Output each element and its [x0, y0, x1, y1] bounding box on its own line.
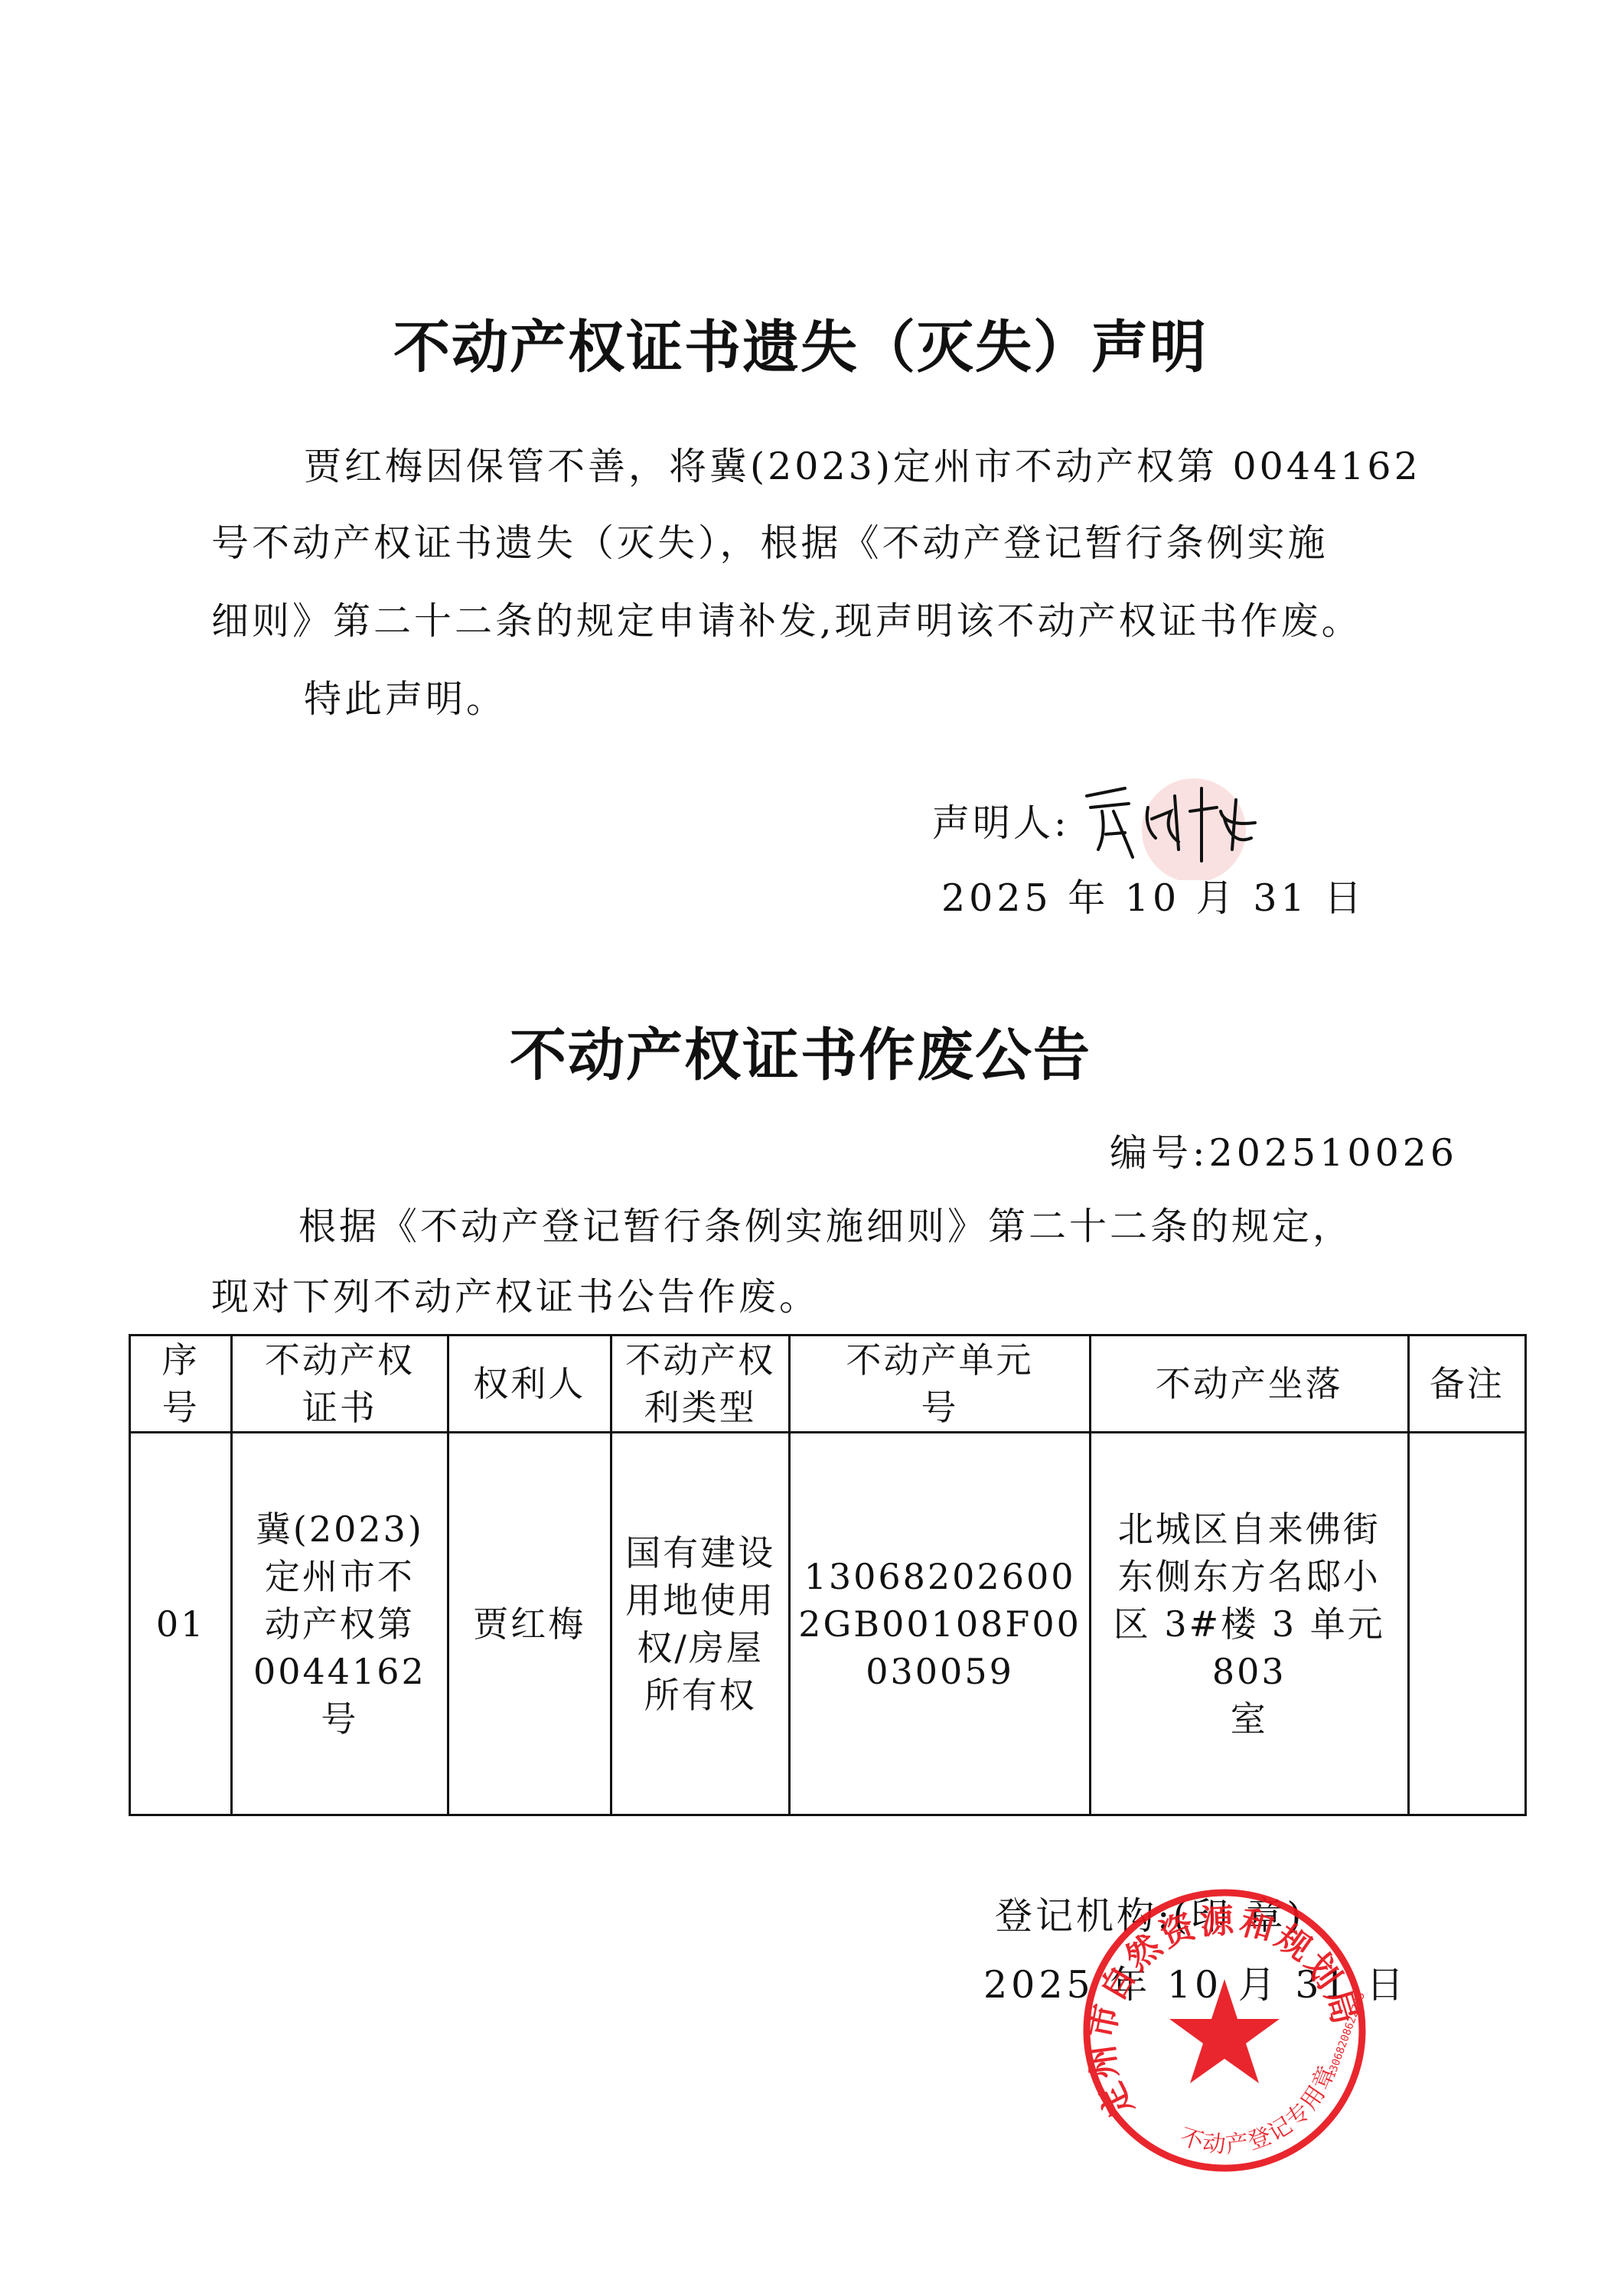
cell-remarks	[1408, 1433, 1525, 1815]
cell-index: 01	[130, 1433, 232, 1815]
header-right-type: 不动产权 利类型	[611, 1336, 789, 1433]
cell-right-type: 国有建设 用地使用 权/房屋 所有权	[611, 1433, 789, 1815]
declaration-date: 2025 年 10 月 31 日	[941, 869, 1365, 922]
declaration-title: 不动产权证书遗失（灭失）声明	[0, 302, 1601, 383]
table-header-row: 序 号 不动产权 证书 权利人 不动产权 利类型 不动产单元 号 不动产坐落 备…	[130, 1336, 1526, 1433]
notice-number: 编号:202510026	[1110, 1124, 1458, 1177]
official-seal-icon: 定州市自然资源和规划局 不动产登记专用章 13068208622765	[1081, 1887, 1368, 2174]
header-unit-number: 不动产单元 号	[790, 1336, 1091, 1433]
star-icon	[1169, 1979, 1280, 2083]
header-index: 序 号	[130, 1336, 232, 1433]
personal-seal-icon	[1142, 778, 1246, 880]
cell-unit-number: 13068202600 2GB00108F00 030059	[790, 1433, 1091, 1815]
notice-intro-line-2: 现对下列不动产权证书公告作废。	[211, 1259, 820, 1336]
voided-certificates-table: 序 号 不动产权 证书 权利人 不动产权 利类型 不动产单元 号 不动产坐落 备…	[129, 1334, 1527, 1816]
signature-with-personal-seal	[1071, 765, 1270, 880]
header-location: 不动产坐落	[1090, 1336, 1408, 1433]
notice-number-label: 编号:	[1110, 1131, 1209, 1175]
notice-number-value: 202510026	[1209, 1131, 1459, 1175]
header-remarks: 备注	[1408, 1336, 1525, 1433]
notice-title: 不动产权证书作废公告	[0, 1010, 1601, 1091]
declaration-line-1: 贾红梅因保管不善，将冀(2023)定州市不动产权第 0044162	[304, 429, 1421, 505]
svg-text:不动产登记专用章: 不动产登记专用章	[1177, 2061, 1342, 2159]
seal-inner-text: 不动产登记专用章	[1177, 2061, 1342, 2159]
cell-location: 北城区自来佛街 东侧东方名邸小 区 3#楼 3 单元 803 室	[1090, 1433, 1408, 1815]
signer-label: 声明人:	[932, 794, 1070, 847]
notice-intro-line-1: 根据《不动产登记暂行条例实施细则》第二十二条的规定，	[298, 1189, 1353, 1265]
declaration-line-3: 细则》第二十二条的规定申请补发,现声明该不动产权证书作废。	[211, 583, 1362, 660]
header-certificate: 不动产权 证书	[232, 1336, 448, 1433]
declaration-line-2: 号不动产权证书遗失（灭失），根据《不动产登记暂行条例实施	[211, 505, 1329, 582]
table-row: 01 冀(2023) 定州市不 动产权第 0044162 号 贾红梅 国有建设 …	[130, 1433, 1526, 1815]
cell-holder: 贾红梅	[448, 1433, 611, 1815]
declaration-closing: 特此声明。	[304, 661, 507, 738]
cell-certificate: 冀(2023) 定州市不 动产权第 0044162 号	[232, 1433, 448, 1815]
header-holder: 权利人	[448, 1336, 611, 1433]
